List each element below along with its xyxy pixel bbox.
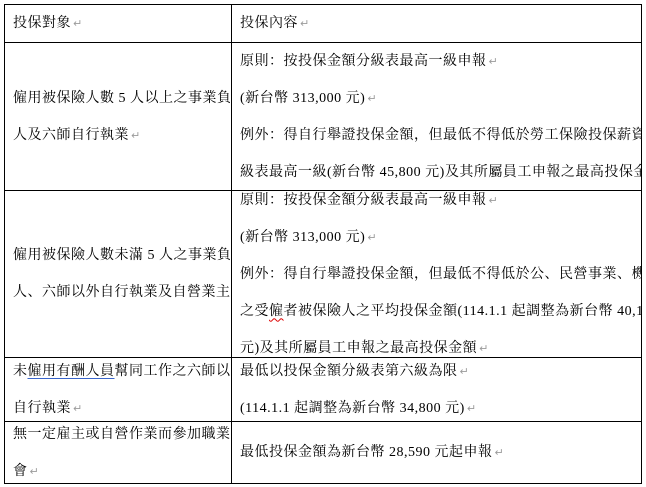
- content-text: (新台幣 313,000 元): [240, 230, 365, 245]
- text-line: 最低投保金額為新台幣 28,590 元起申報↵: [240, 434, 633, 471]
- target-text: 未: [13, 364, 28, 379]
- text-line: 僱用被保險人數 5 人以上之事業負責: [13, 80, 223, 117]
- content-text: 原則：按投保金額分級表最高一級申報: [240, 193, 487, 208]
- text-line: 無一定雇主或自營作業而參加職業工: [13, 422, 223, 453]
- content-text: 者被保險人之平均投保金額(114.1.1 起調整為新台幣 40,100: [284, 304, 642, 319]
- content-cell: 最低投保金額為新台幣 28,590 元起申報↵: [232, 422, 641, 483]
- content-text: 元)及其所屬員工申報之最高投保金額: [240, 341, 477, 356]
- target-cell: 僱用被保險人數未滿 5 人之事業負責 人、六師以外自行執業及自營業主↵: [5, 191, 232, 357]
- content-cell: 原則：按投保金額分級表最高一級申報↵ (新台幣 313,000 元)↵ 例外：得…: [232, 191, 641, 357]
- target-text: 自行執業: [13, 401, 71, 416]
- content-text: (114.1.1 起調整為新台幣 34,800 元): [240, 401, 465, 416]
- target-cell: 無一定雇主或自營作業而參加職業工 會↵: [5, 422, 232, 483]
- paragraph-mark-icon: ↵: [73, 17, 83, 30]
- text-line: 自行執業↵: [13, 390, 223, 422]
- paragraph-mark-icon: ↵: [131, 129, 141, 142]
- text-line: 原則：按投保金額分級表最高一級申報↵: [240, 43, 633, 80]
- header-target-label: 投保對象↵: [13, 5, 223, 42]
- text-line: (新台幣 313,000 元)↵: [240, 219, 633, 256]
- text-line: 元)及其所屬員工申報之最高投保金額↵: [240, 330, 633, 358]
- text-line: 未僱用有酬人員幫同工作之六師以外: [13, 358, 223, 390]
- paragraph-mark-icon: ↵: [367, 231, 377, 244]
- text-line: 人及六師自行執業↵: [13, 117, 223, 154]
- grammar-flagged-text: 僱用有酬人員: [28, 364, 115, 379]
- table-row-no-paid-helpers: 未僱用有酬人員幫同工作之六師以外 自行執業↵ 最低以投保金額分級表第六級為限↵ …: [5, 357, 641, 421]
- content-text: 最低投保金額為新台幣 28,590 元起申報: [240, 445, 493, 460]
- header-cell-content: 投保內容↵: [232, 5, 641, 42]
- paragraph-mark-icon: ↵: [460, 365, 470, 378]
- target-text: 人及六師自行執業: [13, 128, 129, 143]
- target-text: 人、六師以外自行執業及自營業主: [13, 285, 231, 300]
- content-text: 之受: [240, 304, 269, 319]
- target-cell: 僱用被保險人數 5 人以上之事業負責 人及六師自行執業↵: [5, 43, 232, 190]
- text-line: 人、六師以外自行執業及自營業主↵: [13, 274, 223, 311]
- paragraph-mark-icon: ↵: [489, 194, 499, 207]
- content-text: 最低以投保金額分級表第六級為限: [240, 364, 458, 379]
- content-cell: 最低以投保金額分級表第六級為限↵ (114.1.1 起調整為新台幣 34,800…: [232, 358, 641, 421]
- content-cell: 原則：按投保金額分級表最高一級申報↵ (新台幣 313,000 元)↵ 例外：得…: [232, 43, 641, 190]
- text-line: 之受僱者被保險人之平均投保金額(114.1.1 起調整為新台幣 40,100: [240, 293, 633, 330]
- table-row-employer-5-or-more: 僱用被保險人數 5 人以上之事業負責 人及六師自行執業↵ 原則：按投保金額分級表…: [5, 42, 641, 190]
- content-text: 例外：得自行舉證投保金額，但最低不得低於公、民營事業、機構: [240, 267, 641, 282]
- paragraph-mark-icon: ↵: [367, 92, 377, 105]
- header-target-text: 投保對象: [13, 16, 71, 31]
- text-line: 級表最高一級(新台幣 45,800 元)及其所屬員工申報之最高投保金額↵: [240, 154, 633, 191]
- paragraph-mark-icon: ↵: [479, 342, 489, 355]
- text-line: 例外：得自行舉證投保金額，但最低不得低於公、民營事業、機構: [240, 256, 633, 293]
- text-line: 原則：按投保金額分級表最高一級申報↵: [240, 191, 633, 219]
- text-line: (114.1.1 起調整為新台幣 34,800 元)↵: [240, 390, 633, 422]
- table-row-employer-under-5: 僱用被保險人數未滿 5 人之事業負責 人、六師以外自行執業及自營業主↵ 原則：按…: [5, 190, 641, 357]
- header-content-label: 投保內容↵: [240, 5, 633, 42]
- content-text: 例外：得自行舉證投保金額，但最低不得低於勞工保險投保薪資分: [240, 128, 641, 143]
- text-line: 例外：得自行舉證投保金額，但最低不得低於勞工保險投保薪資分: [240, 117, 633, 154]
- target-cell: 未僱用有酬人員幫同工作之六師以外 自行執業↵: [5, 358, 232, 421]
- text-line: 僱用被保險人數未滿 5 人之事業負責: [13, 237, 223, 274]
- target-text: 僱用被保險人數 5 人以上之事業負責: [13, 91, 232, 106]
- target-text: 無一定雇主或自營作業而參加職業工: [13, 427, 232, 442]
- target-text: 僱用被保險人數未滿 5 人之事業負責: [13, 248, 232, 263]
- header-content-text: 投保內容: [240, 16, 298, 31]
- paragraph-mark-icon: ↵: [495, 446, 505, 459]
- text-line: 會↵: [13, 453, 223, 484]
- table-header-row: 投保對象↵ 投保內容↵: [5, 5, 641, 42]
- spellcheck-flagged-text: 僱: [269, 304, 284, 319]
- target-text: 幫同工作之六師以外: [115, 364, 233, 379]
- text-line: (新台幣 313,000 元)↵: [240, 80, 633, 117]
- insurance-enrollment-table: 投保對象↵ 投保內容↵ 僱用被保險人數 5 人以上之事業負責 人及六師自行執業↵…: [4, 4, 642, 484]
- paragraph-mark-icon: ↵: [467, 402, 477, 415]
- table-row-union-member: 無一定雇主或自營作業而參加職業工 會↵ 最低投保金額為新台幣 28,590 元起…: [5, 421, 641, 483]
- paragraph-mark-icon: ↵: [489, 55, 499, 68]
- header-cell-target: 投保對象↵: [5, 5, 232, 42]
- text-line: 最低以投保金額分級表第六級為限↵: [240, 358, 633, 390]
- content-text: 級表最高一級(新台幣 45,800 元)及其所屬員工申報之最高投保金額: [240, 165, 641, 180]
- paragraph-mark-icon: ↵: [30, 465, 40, 478]
- content-text: (新台幣 313,000 元): [240, 91, 365, 106]
- content-text: 原則：按投保金額分級表最高一級申報: [240, 54, 487, 69]
- target-text: 會: [13, 464, 28, 479]
- paragraph-mark-icon: ↵: [73, 402, 83, 415]
- paragraph-mark-icon: ↵: [300, 17, 310, 30]
